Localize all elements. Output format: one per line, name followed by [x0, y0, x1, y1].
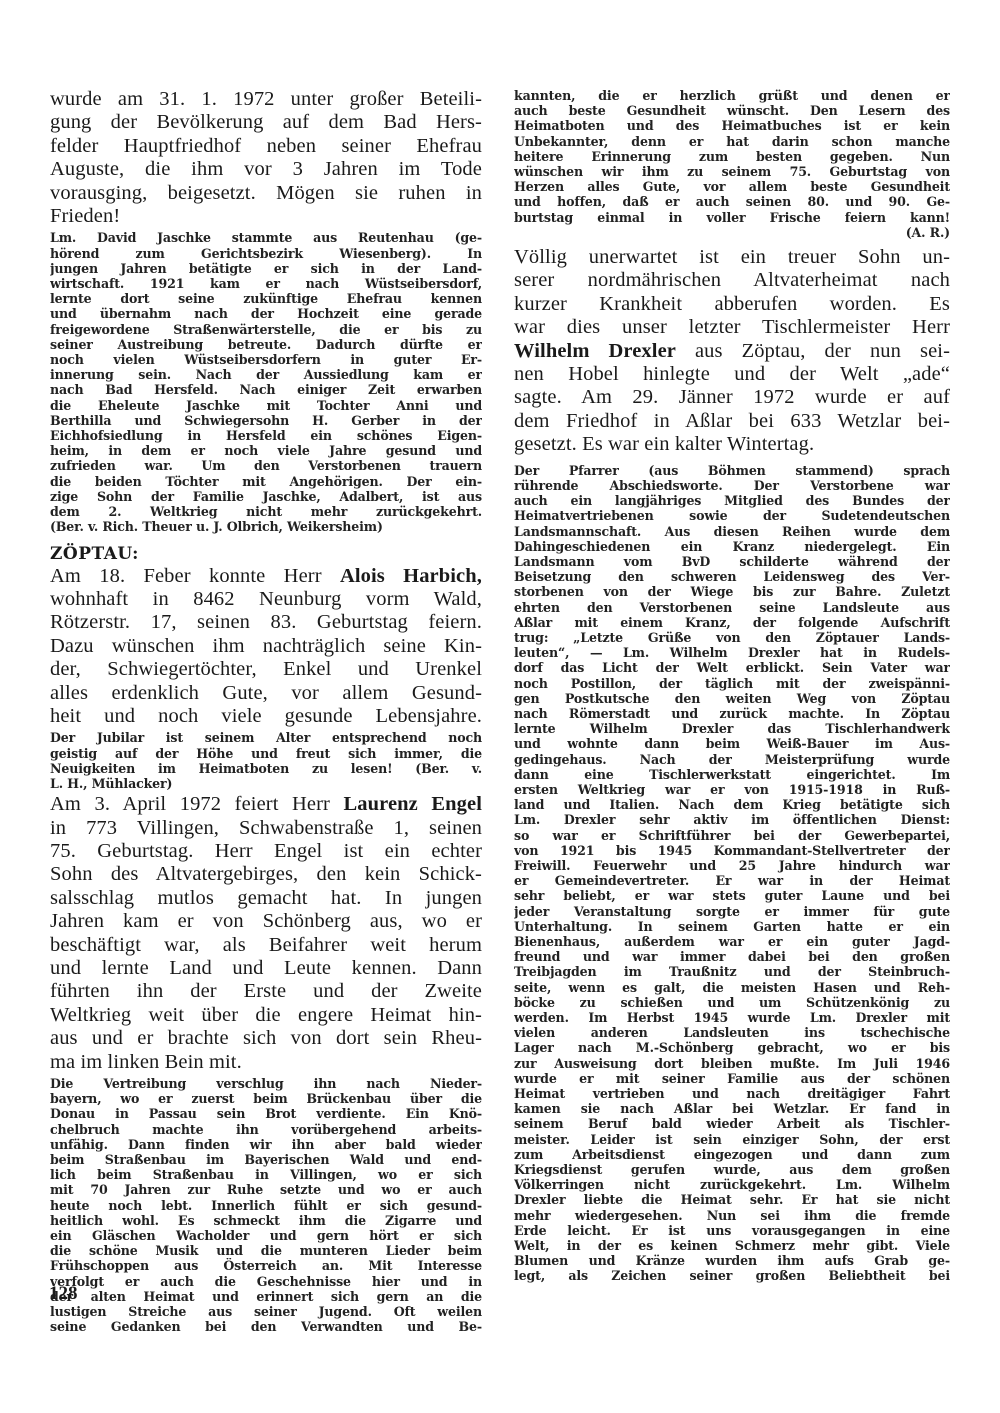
text-line: kamen sie nach Aßlar bei Wetzlar. Er fan…: [514, 1101, 950, 1116]
left-column: wurde am 31. 1. 1972 unter großer Beteil…: [50, 88, 482, 1334]
text-line: Jahren kam er von Schönberg aus, wo er: [50, 910, 482, 933]
text-line: Treibjagden im Traußnitz und der Steinbr…: [514, 964, 950, 979]
text-line: L. H., Mühlacker): [50, 776, 482, 791]
text-line: freund und war immer dabei bei den große…: [514, 949, 950, 964]
text-line: und übernahm nach der Hochzeit eine gera…: [50, 306, 482, 321]
paragraph-harbich-note: Der Jubilar ist seinem Alter entsprechen…: [50, 730, 482, 791]
text-line: alles erdenklich Gute, vor allem Gesund-: [50, 682, 482, 705]
text-line: Neuigkeiten im Heimatboten zu lesen! (Be…: [50, 761, 482, 776]
paragraph-engel-wishes: kannten, die er herzlich grüßt und denen…: [514, 88, 950, 225]
text-line: Heimatboten und des Heimatbuches ist er …: [514, 118, 950, 133]
text-line: Kriegsdienst gerufen wurde, aus dem groß…: [514, 1162, 950, 1177]
person-name-drexler: Wilhelm Drexler: [514, 340, 676, 362]
text-line: und hoffen, daß er auch seinen 80. und 9…: [514, 194, 950, 209]
text-line: Frieden!: [50, 205, 482, 228]
text-line: innerung sein. Nach der Aussiedlung kam …: [50, 367, 482, 382]
text-line: Rötzerstr. 17, seinen 83. Geburtstag fei…: [50, 611, 482, 634]
text-line: die schöne Musik und die munteren Lieder…: [50, 1243, 482, 1258]
text-line: zur Ausweisung dort bleiben mußte. Im Ju…: [514, 1056, 950, 1071]
text-line: nach Bad Hersfeld. Nach einiger Zeit erw…: [50, 382, 482, 397]
text-line: Auguste, die ihm vor 3 Jahren im Tode: [50, 158, 482, 181]
text-line: und wohnte dann beim Weiß-Bauer im Aus-: [514, 736, 950, 751]
text-line: geistig auf der Höhe und freut sich imme…: [50, 746, 482, 761]
line: Am 18. Feber konnte Herr Alois Harbich,: [50, 565, 482, 588]
text-line: ersten Weltkrieg war er von 1915-1918 in…: [514, 782, 950, 797]
text-line: so war er Schriftführer bei der Gewerbep…: [514, 828, 950, 843]
text-line: der, Schwiegertöchter, Enkel und Urenkel: [50, 658, 482, 681]
text-line: verfolgt er auch die Geschehnisse hier u…: [50, 1274, 482, 1289]
text-line: kannten, die er herzlich grüßt und denen…: [514, 88, 950, 103]
text-line: lustigen Streiche aus seiner Jugend. Oft…: [50, 1304, 482, 1319]
text-line: lernte Wilhelm Drexler das Tischlerhandw…: [514, 721, 950, 736]
text-line: zige Sohn der Familie Jaschke, Adalbert,…: [50, 489, 482, 504]
text-line: Eichhofsiedlung in Hersfeld ein schönes …: [50, 428, 482, 443]
text-line: Blumen und Kränze wurden ihm aufs Grab g…: [514, 1253, 950, 1268]
text-line: noch vielen Wüstseibersdorfern in guter …: [50, 352, 482, 367]
text-line: war dies unser letzter Tischlermeister H…: [514, 316, 950, 339]
text-line: land und Italien. Nach dem Krieg betätig…: [514, 797, 950, 812]
text-line: mit 70 Jahren zur Ruhe setzte und wo er …: [50, 1182, 482, 1197]
text-line: Erde leicht. Er ist uns vorausgegangen i…: [514, 1223, 950, 1238]
text-line: lich beim Straßenbau in Villingen, wo er…: [50, 1167, 482, 1182]
text-line: gen Postkutsche den weiten Weg von Zöpta…: [514, 691, 950, 706]
text-line: Unbekannter, denn er hat darin schon man…: [514, 134, 950, 149]
text-line: Der Jubilar ist seinem Alter entsprechen…: [50, 730, 482, 745]
text-line: dann eine Tischlerwerkstatt eingerichtet…: [514, 767, 950, 782]
person-name-engel: Laurenz Engel: [344, 793, 483, 815]
text-line: seinem Beruf bald wieder Arbeit als Tisc…: [514, 1116, 950, 1131]
text-line: salsschlag mutlos gemacht hat. In jungen: [50, 887, 482, 910]
text-line: Freiwill. Feuerwehr und 25 Jahre hindurc…: [514, 858, 950, 873]
text-line: Frühschoppen aus Österreich an. Mit Inte…: [50, 1258, 482, 1273]
paragraph-engel-birthday: Am 3. April 1972 feiert Herr Laurenz Eng…: [50, 793, 482, 1074]
paragraph-drexler-obituary: Völlig unerwartet ist ein treuer Sohn un…: [514, 246, 950, 457]
text-line: von 1921 bis 1945 Kommandant-Stellvertre…: [514, 843, 950, 858]
text-line: seite, wenn es galt, die meisten Hasen u…: [514, 980, 950, 995]
text-line: Landsmannschaft. Aus diesen Reihen wurde…: [514, 524, 950, 539]
text-line: böcke zu schießen und um Schützenkönig z…: [514, 995, 950, 1010]
text-line: jungen Jahren betätigte er sich in der L…: [50, 261, 482, 276]
text-line: Der Pfarrer (aus Böhmen stammend) sprach: [514, 463, 950, 478]
text-line: storbenen von der Wiege bis zur Bahre. Z…: [514, 584, 950, 599]
text-line: Völkerringen nicht zurückgekehrt. Lm. Wi…: [514, 1177, 950, 1192]
line: Am 3. April 1972 feiert Herr Laurenz Eng…: [50, 793, 482, 816]
text-line: sagte. Am 29. Jänner 1972 wurde er auf: [514, 386, 950, 409]
text-line: gedingehaus. Nach der Meisterprüfung wur…: [514, 752, 950, 767]
text-line: hörend zum Gerichtsbezirk Wiesenberg). I…: [50, 246, 482, 261]
text-line: wünschen wir ihm zu seinem 75. Geburtsta…: [514, 164, 950, 179]
paragraph-jaschke-biography: Lm. David Jaschke stammte aus Reutenhau …: [50, 230, 482, 534]
text-line: und lernte Land und Leute kennen. Dann: [50, 957, 482, 980]
text-line: nen Hobel hinlegte und der Welt „ade“: [514, 363, 950, 386]
text-line: heit und noch viele gesunde Lebensjahre.: [50, 705, 482, 728]
text-line: Dahingeschiedenen ein Kranz niedergelegt…: [514, 539, 950, 554]
text-line: (Ber. v. Rich. Theuer u. J. Olbrich, Wei…: [50, 519, 482, 534]
text-line: beim Straßenbau im Bayerischen Wald und …: [50, 1152, 482, 1167]
text-line: vorausging, beigesetzt. Mögen sie ruhen …: [50, 182, 482, 205]
text-line: vielen anderen Landsleuten ins tschechis…: [514, 1025, 950, 1040]
text-line: wirtschaft. 1921 kam er nach Wüstseibers…: [50, 276, 482, 291]
text-line: Landsmann vom BvD schilderte während der: [514, 554, 950, 569]
line: Wilhelm Drexler aus Zöptau, der nun sei-: [514, 340, 950, 363]
text-line: wurde am 31. 1. 1972 unter großer Beteil…: [50, 88, 482, 111]
text-line: die beiden Töchter mit Angehörigen. Der …: [50, 474, 482, 489]
text-line: leuten“, — Lm. Wilhelm Drexler hat in Ru…: [514, 645, 950, 660]
text-line: heute noch lebt. Innerlich fühlt er sich…: [50, 1198, 482, 1213]
text-line: Aßlar mit einem Kranz, der folgende Aufs…: [514, 615, 950, 630]
text-line: freigewordene Straßenwärterstelle, die e…: [50, 322, 482, 337]
text-line: unfähig. Dann finden wir ihn aber bald w…: [50, 1137, 482, 1152]
text-line: wurde er mit seiner Familie aus der schö…: [514, 1071, 950, 1086]
text-line: zufrieden war. Um den Verstorbenen traue…: [50, 458, 482, 473]
text-line: lernte dort seine zukünftige Ehefrau ken…: [50, 291, 482, 306]
text-line: Weltkrieg weit über die engere Heimat hi…: [50, 1004, 482, 1027]
text-line: Lm. Drexler sehr aktiv im öffentlichen D…: [514, 812, 950, 827]
text-line: Dazu wünschen ihm nachträglich seine Kin…: [50, 635, 482, 658]
text-line: er Gemeindevertreter. Er war in der Heim…: [514, 873, 950, 888]
text-line: heim, in dem er noch viele Jahre gesund …: [50, 443, 482, 458]
text-line: kurzer Krankheit abberufen worden. Es: [514, 293, 950, 316]
text-line: burtstag einmal in voller Frische feiern…: [514, 210, 950, 225]
text-line: aus und er brachte sich von dort sein Rh…: [50, 1027, 482, 1050]
text-line: auch beste Gesundheit wünscht. Den Leser…: [514, 103, 950, 118]
text-line: werden. Im Herbst 1945 wurde Lm. Drexler…: [514, 1010, 950, 1025]
text-line: 75. Geburtstag. Herr Engel ist ein echte…: [50, 840, 482, 863]
text-line: Beisetzung den schweren Leidensweg des V…: [514, 569, 950, 584]
text-line: Heimat vertrieben und nach dreitägiger F…: [514, 1086, 950, 1101]
text-line: Völlig unerwartet ist ein treuer Sohn un…: [514, 246, 950, 269]
page-number: 128: [49, 1283, 78, 1305]
text-line: Sohn des Altvatergebirges, den kein Schi…: [50, 863, 482, 886]
text-line: Lager nach M.-Schönberg gebracht, wo er …: [514, 1040, 950, 1055]
text-line: jeder Veranstaltung sorgte er immer für …: [514, 904, 950, 919]
text-line: Drexler liebte die Heimat sehr. Er hat s…: [514, 1192, 950, 1207]
text-line: heitere Erinnerung zum besten gegeben. N…: [514, 149, 950, 164]
text-line: nach Römerstadt und zurück machte. In Zö…: [514, 706, 950, 721]
text-line: serer nordmährischen Altvaterheimat nach: [514, 269, 950, 292]
right-column: kannten, die er herzlich grüßt und denen…: [514, 88, 950, 1284]
text-line: dorf das Licht der Welt erblickt. Sein V…: [514, 660, 950, 675]
text-line: rührende Abschiedsworte. Der Verstorbene…: [514, 478, 950, 493]
text-line: seiner Austreibung betreute. Dadurch dür…: [50, 337, 482, 352]
text-line: gesetzt. Es war ein kalter Wintertag.: [514, 433, 950, 456]
text-line: chelbruch machte ihn vorübergehend arbei…: [50, 1122, 482, 1137]
text-line: meister. Leider ist sein einziger Sohn, …: [514, 1132, 950, 1147]
text-line: Donau in Passau sein Brot verdiente. Ein…: [50, 1106, 482, 1121]
person-name-harbich: Alois Harbich: [340, 565, 477, 587]
text-line: wohnhaft in 8462 Neunburg vorm Wald,: [50, 588, 482, 611]
text-line: seine Gedanken bei den Verwandten und Be…: [50, 1319, 482, 1334]
text-line: trug: „Letzte Grüße von den Zöptauer Lan…: [514, 630, 950, 645]
text-line: ma im linken Bein mit.: [50, 1051, 482, 1074]
text-line: führten ihn der Erste und der Zweite: [50, 980, 482, 1003]
text-line: ehrten den Verstorbenen seine Landsleute…: [514, 600, 950, 615]
paragraph-harbich-birthday: Am 18. Feber konnte Herr Alois Harbich, …: [50, 565, 482, 729]
text-line: der alten Heimat und erinnert sich gern …: [50, 1289, 482, 1304]
text-line: Heimatvertriebenen sowie der Sudetendeut…: [514, 508, 950, 523]
text-line: dem 2. Weltkrieg nicht mehr zurückgekehr…: [50, 504, 482, 519]
text-line: gung der Bevölkerung auf dem Bad Hers-: [50, 111, 482, 134]
text-line: heitlich wohl. Es schmeckt ihm die Zigar…: [50, 1213, 482, 1228]
text-line: mehr wiedergesehen. Nun sei ihm die frem…: [514, 1208, 950, 1223]
text-line: in 773 Villingen, Schwabenstraße 1, sein…: [50, 817, 482, 840]
text-line: Berthilla und Schwiegersohn H. Gerber in…: [50, 413, 482, 428]
text-line: zum Arbeitsdienst eingezogen und dann zu…: [514, 1147, 950, 1162]
paragraph-engel-biography: Die Vertreibung verschlug ihn nach Niede…: [50, 1076, 482, 1334]
section-heading-zoeptau: ZÖPTAU:: [50, 543, 482, 565]
text-line: beschäftigt war, als Beifahrer weit heru…: [50, 934, 482, 957]
text-line: Bienenhaus, außerdem war er ein guter Ja…: [514, 934, 950, 949]
text-line: auch ein langjähriges Mitglied des Bunde…: [514, 493, 950, 508]
paragraph-drexler-biography: Der Pfarrer (aus Böhmen stammend) sprach…: [514, 463, 950, 1284]
signature-ar: (A. R.): [514, 225, 950, 240]
text-line: dem Friedhof in Aßlar bei 633 Wetzlar be…: [514, 410, 950, 433]
paragraph-burial-jaschke: wurde am 31. 1. 1972 unter großer Beteil…: [50, 88, 482, 228]
text-line: Herzen alles Gute, vor allem beste Gesun…: [514, 179, 950, 194]
text-line: felder Hauptfriedhof neben seiner Ehefra…: [50, 135, 482, 158]
text-line: bayern, wo er zuerst beim Brückenbau übe…: [50, 1091, 482, 1106]
text-line: noch Postillon, der täglich mit der zwei…: [514, 676, 950, 691]
text-line: Die Vertreibung verschlug ihn nach Niede…: [50, 1076, 482, 1091]
text-line: legt, als Zeichen seiner großen Beliebth…: [514, 1268, 950, 1283]
text-line: ein Gläschen Wacholder und gern hört er …: [50, 1228, 482, 1243]
text-line: Lm. David Jaschke stammte aus Reutenhau …: [50, 230, 482, 245]
text-line: sehr beliebt, er war stets guter Laune u…: [514, 888, 950, 903]
text-line: Welt, in der es keinen Schmerz mehr gibt…: [514, 1238, 950, 1253]
text-line: die Eheleute Jaschke mit Tochter Anni un…: [50, 398, 482, 413]
text-line: Unterhaltung. In seinem Garten hatte er …: [514, 919, 950, 934]
